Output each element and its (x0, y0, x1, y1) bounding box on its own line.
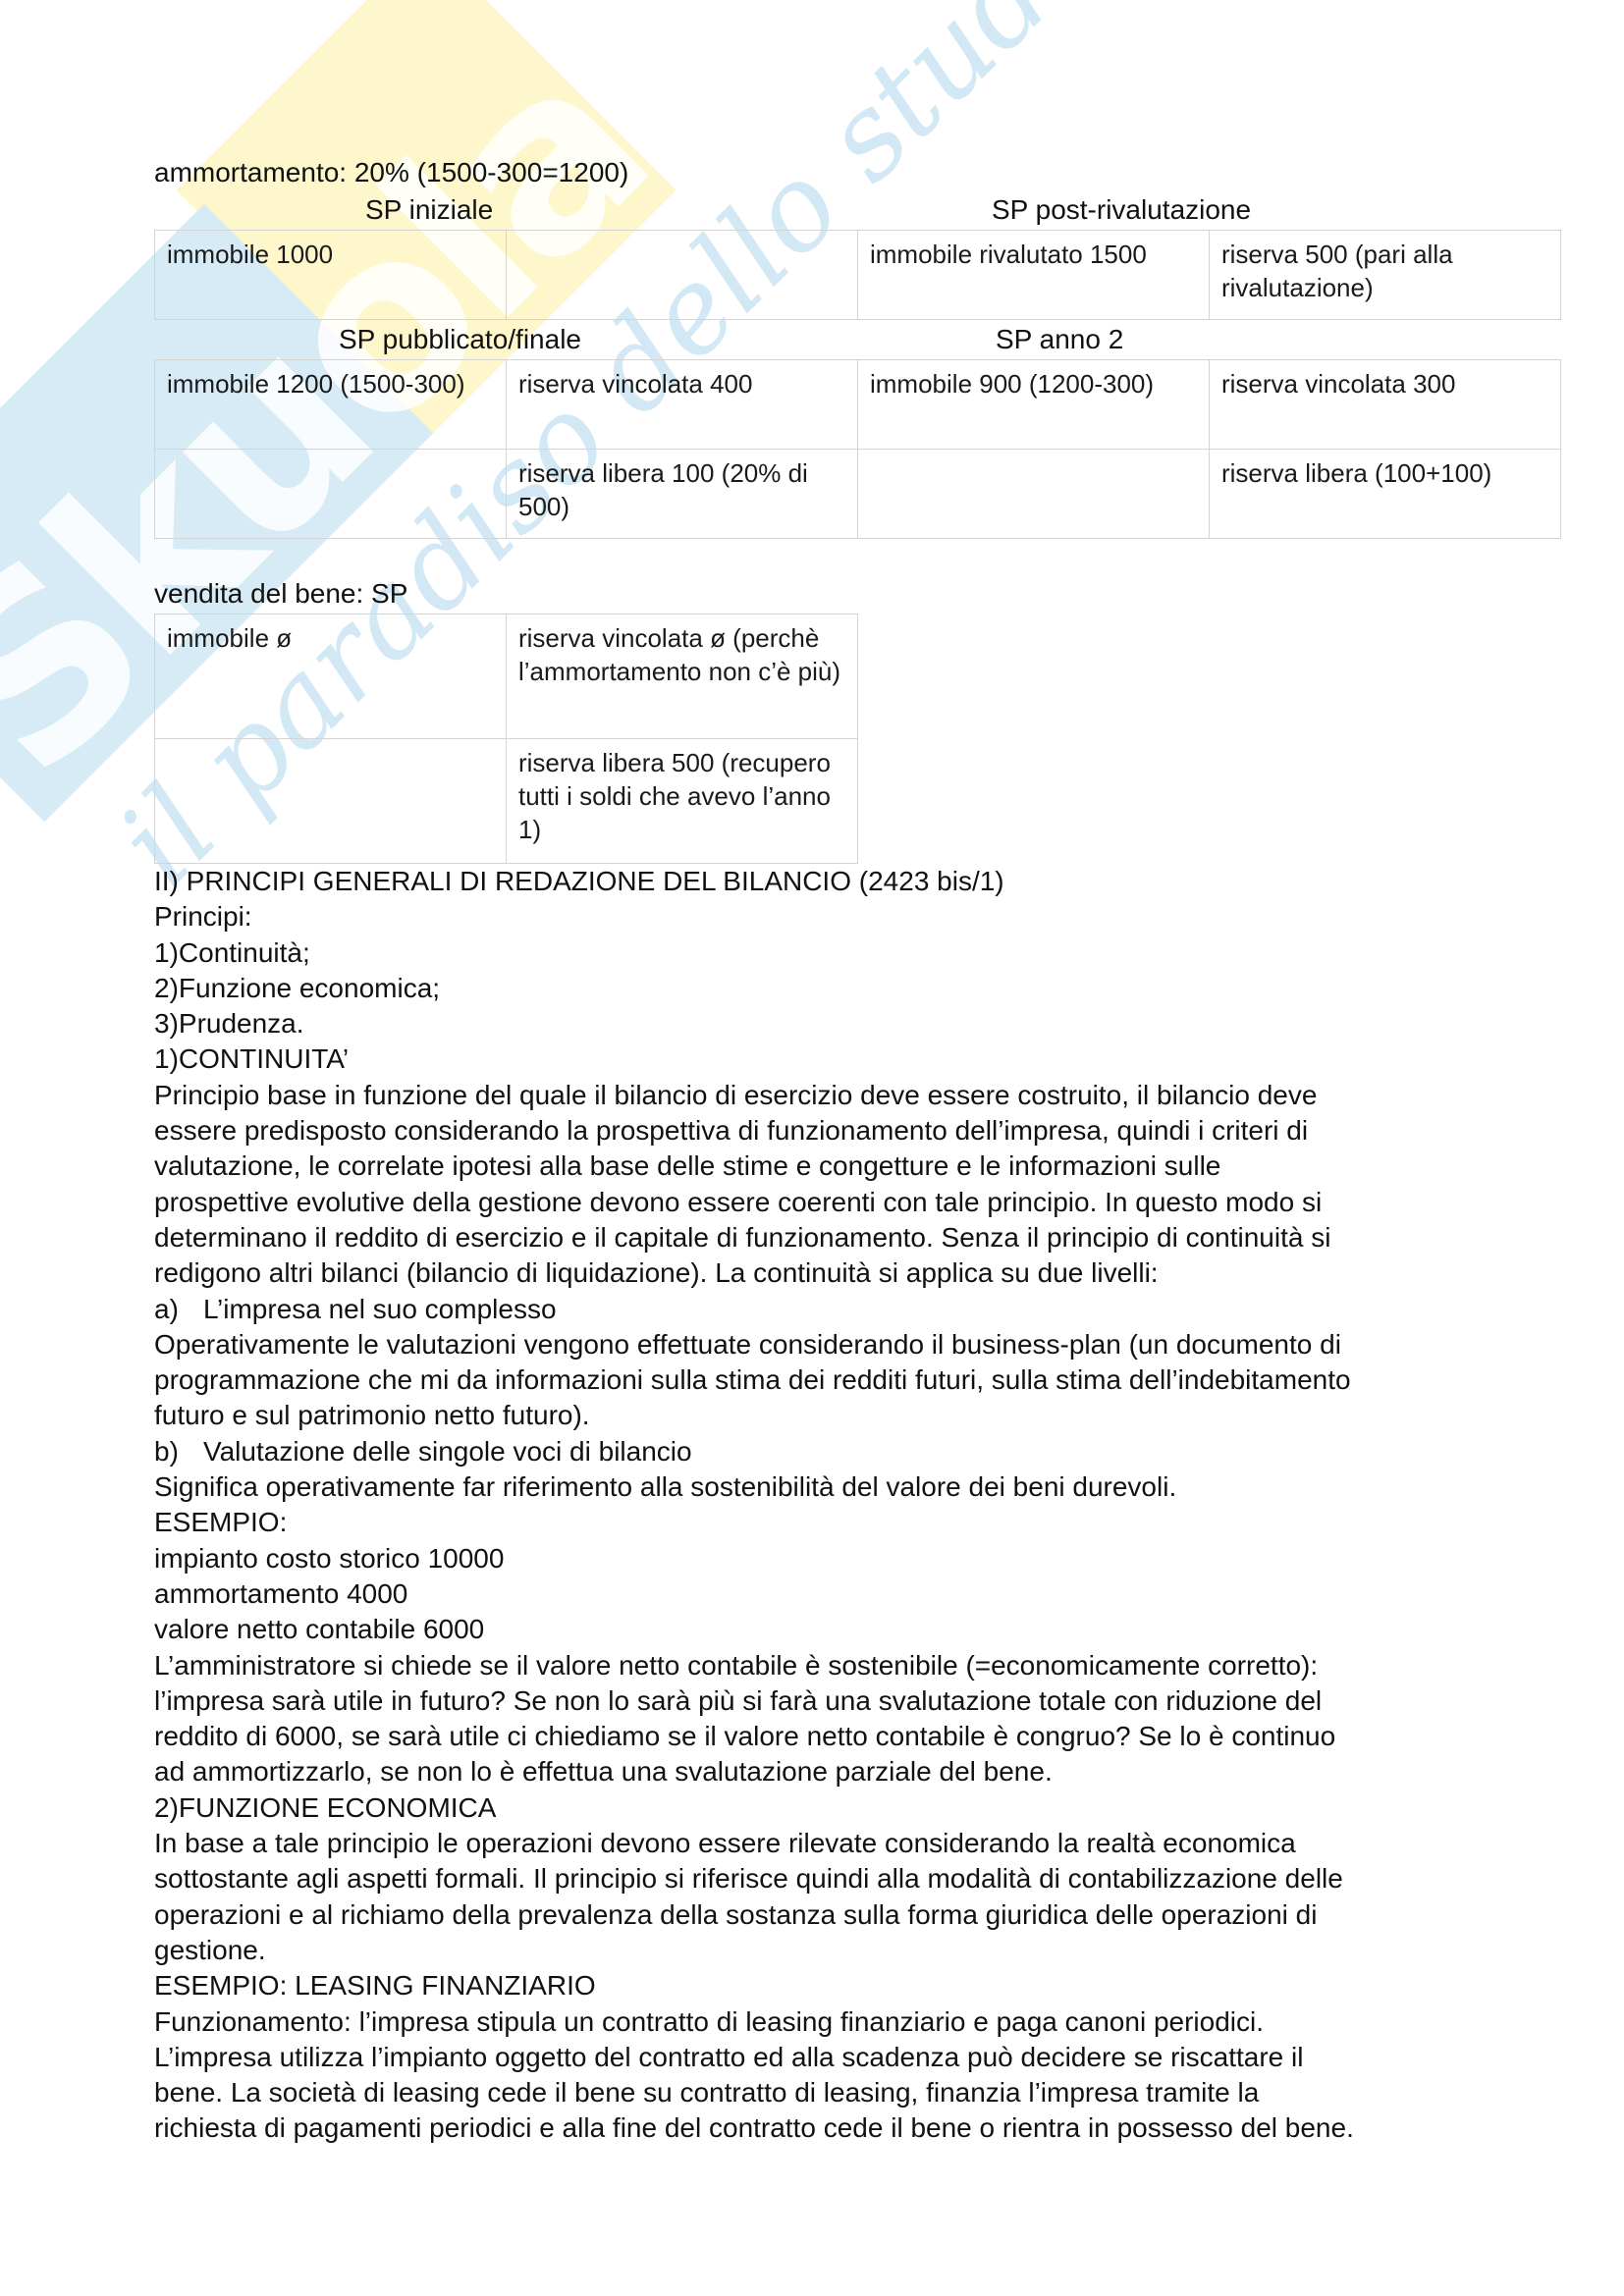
paragraph-line: programmazione che mi da informazioni su… (154, 1362, 1470, 1398)
cell-pubblicato-liabilities-2: riserva libera 100 (20% di 500) (507, 450, 858, 539)
table-row: immobile 1200 (1500-300) riserva vincola… (155, 360, 1561, 450)
paragraph-line: ad ammortizzarlo, se non lo è effettua u… (154, 1754, 1470, 1789)
table-sp-iniziale-post-rivalutazione: immobile 1000 immobile rivalutato 1500 r… (154, 230, 1561, 320)
paragraph-line: determinano il reddito di esercizio e il… (154, 1220, 1470, 1255)
caption-sp-iniziale: SP iniziale (365, 190, 493, 230)
cell-pubblicato-liabilities: riserva vincolata 400 (507, 360, 858, 450)
caption-sp-post-rivalutazione: SP post-rivalutazione (992, 190, 1251, 230)
cell-sp-iniziale-assets: immobile 1000 (155, 231, 507, 320)
paragraph-line: redigono altri bilanci (bilancio di liqu… (154, 1255, 1470, 1291)
paragraph-line: valutazione, le correlate ipotesi alla b… (154, 1148, 1470, 1184)
caption-row-1: SP iniziale SP post-rivalutazione (154, 190, 1470, 230)
paragraph-line: Operativamente le valutazioni vengono ef… (154, 1327, 1470, 1362)
paragraph-line: bene. La società di leasing cede il bene… (154, 2075, 1470, 2110)
caption-sp-anno-2: SP anno 2 (996, 320, 1123, 359)
cell-vendita-assets-2 (155, 739, 507, 864)
paragraph-line: Significa operativamente far riferimento… (154, 1469, 1470, 1505)
paragraph-line: Funzionamento: l’impresa stipula un cont… (154, 2004, 1470, 2040)
level-a-item: a)L’impresa nel suo complesso (154, 1292, 1470, 1327)
paragraph-line: gestione. (154, 1933, 1470, 1968)
document-page: ammortamento: 20% (1500-300=1200) SP ini… (154, 155, 1470, 2147)
table-row: riserva libera 500 (recupero tutti i sol… (155, 739, 858, 864)
cell-anno2-assets: immobile 900 (1200-300) (858, 360, 1210, 450)
table-row: immobile ø riserva vincolata ø (perchè l… (155, 614, 858, 739)
leasing-example-heading: ESEMPIO: LEASING FINANZIARIO (154, 1968, 1470, 2003)
paragraph-line: reddito di 6000, se sarà utile ci chiedi… (154, 1719, 1470, 1754)
paragraph-line: richiesta di pagamenti periodici e alla … (154, 2110, 1470, 2146)
level-b-marker: b) (154, 1434, 203, 1469)
principio-item: 3)Prudenza. (154, 1006, 1470, 1041)
table-row: immobile 1000 immobile rivalutato 1500 r… (155, 231, 1561, 320)
paragraph-line: futuro e sul patrimonio netto futuro). (154, 1398, 1470, 1433)
principi-label: Principi: (154, 899, 1470, 934)
section-heading: II) PRINCIPI GENERALI DI REDAZIONE DEL B… (154, 864, 1470, 899)
level-b-title: Valutazione delle singole voci di bilanc… (203, 1436, 692, 1467)
example-label: ESEMPIO: (154, 1505, 1470, 1540)
principio-item: 2)Funzione economica; (154, 971, 1470, 1006)
cell-anno2-liabilities-2: riserva libera (100+100) (1210, 450, 1561, 539)
principio-item: 1)Continuità; (154, 935, 1470, 971)
paragraph-line: prospettive evolutive della gestione dev… (154, 1185, 1470, 1220)
cell-vendita-liabilities: riserva vincolata ø (perchè l’ammortamen… (507, 614, 858, 739)
example-line: ammortamento 4000 (154, 1576, 1470, 1612)
table-sp-pubblicato-anno2: immobile 1200 (1500-300) riserva vincola… (154, 359, 1561, 539)
table-vendita: immobile ø riserva vincolata ø (perchè l… (154, 614, 858, 864)
cell-vendita-liabilities-2: riserva libera 500 (recupero tutti i sol… (507, 739, 858, 864)
funzione-economica-heading: 2)FUNZIONE ECONOMICA (154, 1790, 1470, 1826)
example-line: impianto costo storico 10000 (154, 1541, 1470, 1576)
level-b-item: b)Valutazione delle singole voci di bila… (154, 1434, 1470, 1469)
paragraph-line: operazioni e al richiamo della prevalenz… (154, 1897, 1470, 1933)
paragraph-line: L’impresa utilizza l’impianto oggetto de… (154, 2040, 1470, 2075)
cell-anno2-assets-2 (858, 450, 1210, 539)
cell-vendita-assets: immobile ø (155, 614, 507, 739)
paragraph-line: Principio base in funzione del quale il … (154, 1078, 1470, 1113)
paragraph-line: essere predisposto considerando la prosp… (154, 1113, 1470, 1148)
table-row: riserva libera 100 (20% di 500) riserva … (155, 450, 1561, 539)
caption-sp-pubblicato-finale: SP pubblicato/finale (339, 320, 581, 359)
paragraph-line: l’impresa sarà utile in futuro? Se non l… (154, 1683, 1470, 1719)
paragraph-line: In base a tale principio le operazioni d… (154, 1826, 1470, 1861)
cell-sp-post-liabilities: riserva 500 (pari alla rivalutazione) (1210, 231, 1561, 320)
caption-row-2: SP pubblicato/finale SP anno 2 (154, 320, 1470, 359)
cell-pubblicato-assets: immobile 1200 (1500-300) (155, 360, 507, 450)
example-line: valore netto contabile 6000 (154, 1612, 1470, 1647)
continuita-heading: 1)CONTINUITA’ (154, 1041, 1470, 1077)
level-a-marker: a) (154, 1292, 203, 1327)
intro-line: ammortamento: 20% (1500-300=1200) (154, 155, 1470, 190)
cell-anno2-liabilities: riserva vincolata 300 (1210, 360, 1561, 450)
paragraph-line: L’amministratore si chiede se il valore … (154, 1648, 1470, 1683)
vendita-caption: vendita del bene: SP (154, 574, 1470, 614)
cell-sp-post-assets: immobile rivalutato 1500 (858, 231, 1210, 320)
section-principi: II) PRINCIPI GENERALI DI REDAZIONE DEL B… (154, 864, 1470, 2147)
paragraph-line: sottostante agli aspetti formali. Il pri… (154, 1861, 1470, 1896)
level-a-title: L’impresa nel suo complesso (203, 1294, 557, 1324)
cell-sp-iniziale-liabilities (507, 231, 858, 320)
cell-pubblicato-assets-2 (155, 450, 507, 539)
